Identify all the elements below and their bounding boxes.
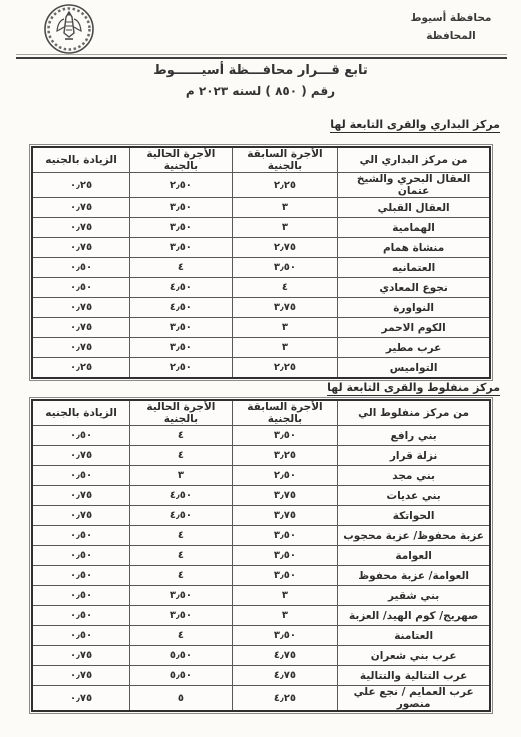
table-row: نجوع المعادي٤٤٫٥٠٠٫٥٠ xyxy=(32,278,490,298)
decree-title: تابع قـــرار محافـــظة أسيــــــوط xyxy=(0,63,521,78)
increase-cell: ٠٫٧٥ xyxy=(32,218,130,238)
table-row: عرب بني شعران٤٫٧٥٥٫٥٠٠٫٧٥ xyxy=(32,646,490,666)
col-previous-fare: الأجرة السابقة بالجنية xyxy=(232,400,338,426)
increase-cell: ٠٫٧٥ xyxy=(32,666,130,686)
destination-cell: عرب مطير xyxy=(338,338,490,358)
table-row: عزبة محفوظ/ عزبة محجوب٣٫٥٠٤٠٫٥٠ xyxy=(32,526,490,546)
destination-cell: منشاة همام xyxy=(338,238,490,258)
increase-cell: ٠٫٧٥ xyxy=(32,298,130,318)
previous-fare-cell: ٣٫٥٠ xyxy=(232,626,338,646)
table-header-row: من مركز البداري الي الأجرة السابقة بالجن… xyxy=(32,147,490,173)
decree-page: محافظة أسيوط المحافظة تابع قـــرار محافـ… xyxy=(0,0,521,737)
destination-cell: نزلة قرار xyxy=(338,446,490,466)
table-row: بني مجد٢٫٥٠٣٠٫٥٠ xyxy=(32,466,490,486)
previous-fare-cell: ٣ xyxy=(232,318,338,338)
current-fare-cell: ٢٫٥٠ xyxy=(130,358,233,379)
previous-fare-cell: ٢٫٥٠ xyxy=(232,466,338,486)
table-row: عرب العمايم / نجع علي منصور٤٫٢٥٥٠٫٧٥ xyxy=(32,686,490,712)
table-row: التواميس٢٫٢٥٢٫٥٠٠٫٢٥ xyxy=(32,358,490,379)
col-increase: الزيادة بالجنيه xyxy=(32,147,130,173)
destination-cell: النواورة xyxy=(338,298,490,318)
destination-cell: العتمانيه xyxy=(338,258,490,278)
table-row: العقال البحري والشيخ عتمان٢٫٢٥٢٫٥٠٠٫٢٥ xyxy=(32,173,490,198)
current-fare-cell: ٤٫٥٠ xyxy=(130,506,233,526)
increase-cell: ٠٫٥٠ xyxy=(32,566,130,586)
table-row: العقال القبلي٣٣٫٥٠٠٫٧٥ xyxy=(32,198,490,218)
fares-table-badari: من مركز البداري الي الأجرة السابقة بالجن… xyxy=(31,146,491,379)
table-row: الكوم الاحمر٣٣٫٥٠٠٫٧٥ xyxy=(32,318,490,338)
current-fare-cell: ٤ xyxy=(130,546,233,566)
increase-cell: ٠٫٧٥ xyxy=(32,446,130,466)
increase-cell: ٠٫٧٥ xyxy=(32,198,130,218)
increase-cell: ٠٫٧٥ xyxy=(32,686,130,712)
increase-cell: ٠٫٧٥ xyxy=(32,646,130,666)
previous-fare-cell: ٣٫٥٠ xyxy=(232,566,338,586)
destination-cell: عزبة محفوظ/ عزبة محجوب xyxy=(338,526,490,546)
destination-cell: العتامنة xyxy=(338,626,490,646)
previous-fare-cell: ٣ xyxy=(232,338,338,358)
destination-cell: نجوع المعادي xyxy=(338,278,490,298)
current-fare-cell: ٣٫٥٠ xyxy=(130,318,233,338)
destination-cell: العقال القبلي xyxy=(338,198,490,218)
section-title-manfalut: مركز منفلوط والقرى التابعة لها xyxy=(327,381,500,396)
current-fare-cell: ٤ xyxy=(130,426,233,446)
current-fare-cell: ٣٫٥٠ xyxy=(130,338,233,358)
increase-cell: ٠٫٥٠ xyxy=(32,606,130,626)
current-fare-cell: ٤ xyxy=(130,626,233,646)
previous-fare-cell: ٤٫٢٥ xyxy=(232,686,338,712)
increase-cell: ٠٫٥٠ xyxy=(32,466,130,486)
governorate-subtitle: المحافظة xyxy=(401,27,501,45)
destination-cell: الحواتكة xyxy=(338,506,490,526)
current-fare-cell: ٤٫٥٠ xyxy=(130,278,233,298)
destination-cell: عرب العمايم / نجع علي منصور xyxy=(338,686,490,712)
current-fare-cell: ٣٫٥٠ xyxy=(130,606,233,626)
increase-cell: ٠٫٧٥ xyxy=(32,318,130,338)
destination-cell: بني رافع xyxy=(338,426,490,446)
increase-cell: ٠٫٥٠ xyxy=(32,258,130,278)
destination-cell: بني عديات xyxy=(338,486,490,506)
previous-fare-cell: ٣٫٥٠ xyxy=(232,258,338,278)
letterhead-text: محافظة أسيوط المحافظة xyxy=(401,9,501,46)
fares-table-manfalut: من مركز منفلوط الي الأجرة السابقة بالجني… xyxy=(31,399,491,712)
decree-title-block: تابع قـــرار محافـــظة أسيــــــوط رقم (… xyxy=(0,63,521,98)
previous-fare-cell: ٢٫٧٥ xyxy=(232,238,338,258)
previous-fare-cell: ٣ xyxy=(232,606,338,626)
previous-fare-cell: ٢٫٢٥ xyxy=(232,358,338,379)
previous-fare-cell: ٤ xyxy=(232,278,338,298)
col-increase: الزيادة بالجنيه xyxy=(32,400,130,426)
destination-cell: العوامة xyxy=(338,546,490,566)
table-header-row: من مركز منفلوط الي الأجرة السابقة بالجني… xyxy=(32,400,490,426)
col-previous-fare: الأجرة السابقة بالجنية xyxy=(232,147,338,173)
table-row: بني شقير٣٣٫٥٠٠٫٥٠ xyxy=(32,586,490,606)
current-fare-cell: ٤ xyxy=(130,566,233,586)
previous-fare-cell: ٤٫٧٥ xyxy=(232,646,338,666)
table-row: العوامة٣٫٥٠٤٠٫٥٠ xyxy=(32,546,490,566)
increase-cell: ٠٫٥٠ xyxy=(32,426,130,446)
table-row: عرب التتالية والتتالية٤٫٧٥٥٫٥٠٠٫٧٥ xyxy=(32,666,490,686)
increase-cell: ٠٫٢٥ xyxy=(32,173,130,198)
destination-cell: الهمامية xyxy=(338,218,490,238)
previous-fare-cell: ٤٫٧٥ xyxy=(232,666,338,686)
previous-fare-cell: ٢٫٢٥ xyxy=(232,173,338,198)
increase-cell: ٠٫٥٠ xyxy=(32,278,130,298)
current-fare-cell: ٣٫٥٠ xyxy=(130,586,233,606)
table-row: العوامة/ عزبة محفوظ٣٫٥٠٤٠٫٥٠ xyxy=(32,566,490,586)
governorate-name: محافظة أسيوط xyxy=(401,9,501,27)
col-current-fare: الأجرة الحالية بالجنية xyxy=(130,147,233,173)
current-fare-cell: ٥٫٥٠ xyxy=(130,666,233,686)
increase-cell: ٠٫٧٥ xyxy=(32,506,130,526)
current-fare-cell: ٤٫٥٠ xyxy=(130,298,233,318)
increase-cell: ٠٫٥٠ xyxy=(32,586,130,606)
increase-cell: ٠٫٧٥ xyxy=(32,486,130,506)
header-divider xyxy=(16,54,507,59)
current-fare-cell: ٤ xyxy=(130,526,233,546)
destination-cell: العقال البحري والشيخ عتمان xyxy=(338,173,490,198)
current-fare-cell: ٢٫٥٠ xyxy=(130,173,233,198)
destination-cell: التواميس xyxy=(338,358,490,379)
current-fare-cell: ٤ xyxy=(130,258,233,278)
previous-fare-cell: ٣٫٢٥ xyxy=(232,446,338,466)
table-row: العتامنة٣٫٥٠٤٠٫٥٠ xyxy=(32,626,490,646)
col-current-fare: الأجرة الحالية بالجنية xyxy=(130,400,233,426)
current-fare-cell: ٥ xyxy=(130,686,233,712)
previous-fare-cell: ٣٫٥٠ xyxy=(232,426,338,446)
destination-cell: العوامة/ عزبة محفوظ xyxy=(338,566,490,586)
previous-fare-cell: ٣ xyxy=(232,218,338,238)
previous-fare-cell: ٣٫٥٠ xyxy=(232,526,338,546)
current-fare-cell: ٣ xyxy=(130,466,233,486)
current-fare-cell: ٥٫٥٠ xyxy=(130,646,233,666)
previous-fare-cell: ٣٫٧٥ xyxy=(232,486,338,506)
table-row: عرب مطير٣٣٫٥٠٠٫٧٥ xyxy=(32,338,490,358)
current-fare-cell: ٣٫٥٠ xyxy=(130,238,233,258)
section-title-badari: مركز البداري والقرى التابعة لها xyxy=(330,118,500,133)
destination-cell: بني شقير xyxy=(338,586,490,606)
increase-cell: ٠٫٧٥ xyxy=(32,238,130,258)
destination-cell: عرب بني شعران xyxy=(338,646,490,666)
destination-cell: الكوم الاحمر xyxy=(338,318,490,338)
col-destination: من مركز البداري الي xyxy=(338,147,490,173)
increase-cell: ٠٫٥٠ xyxy=(32,546,130,566)
table-row: نزلة قرار٣٫٢٥٤٠٫٧٥ xyxy=(32,446,490,466)
table-row: بني عديات٣٫٧٥٤٫٥٠٠٫٧٥ xyxy=(32,486,490,506)
current-fare-cell: ٤٫٥٠ xyxy=(130,486,233,506)
table-row: الهمامية٣٣٫٥٠٠٫٧٥ xyxy=(32,218,490,238)
table-row: بني رافع٣٫٥٠٤٠٫٥٠ xyxy=(32,426,490,446)
table-row: النواورة٣٫٧٥٤٫٥٠٠٫٧٥ xyxy=(32,298,490,318)
increase-cell: ٠٫٥٠ xyxy=(32,626,130,646)
increase-cell: ٠٫٢٥ xyxy=(32,358,130,379)
previous-fare-cell: ٣ xyxy=(232,198,338,218)
destination-cell: عرب التتالية والتتالية xyxy=(338,666,490,686)
egypt-eagle-emblem-icon xyxy=(42,3,96,55)
increase-cell: ٠٫٥٠ xyxy=(32,526,130,546)
previous-fare-cell: ٣٫٧٥ xyxy=(232,298,338,318)
increase-cell: ٠٫٧٥ xyxy=(32,338,130,358)
current-fare-cell: ٣٫٥٠ xyxy=(130,198,233,218)
previous-fare-cell: ٣ xyxy=(232,586,338,606)
table-row: العتمانيه٣٫٥٠٤٠٫٥٠ xyxy=(32,258,490,278)
previous-fare-cell: ٣٫٥٠ xyxy=(232,546,338,566)
current-fare-cell: ٤ xyxy=(130,446,233,466)
table-row: صهريج/ كوم الهيد/ العزبة٣٣٫٥٠٠٫٥٠ xyxy=(32,606,490,626)
previous-fare-cell: ٣٫٧٥ xyxy=(232,506,338,526)
destination-cell: صهريج/ كوم الهيد/ العزبة xyxy=(338,606,490,626)
col-destination: من مركز منفلوط الي xyxy=(338,400,490,426)
decree-number: رقم ( ٨٥٠ ) لسنه ٢٠٢٣ م xyxy=(0,84,521,98)
current-fare-cell: ٣٫٥٠ xyxy=(130,218,233,238)
table-row: الحواتكة٣٫٧٥٤٫٥٠٠٫٧٥ xyxy=(32,506,490,526)
destination-cell: بني مجد xyxy=(338,466,490,486)
table-row: منشاة همام٢٫٧٥٣٫٥٠٠٫٧٥ xyxy=(32,238,490,258)
